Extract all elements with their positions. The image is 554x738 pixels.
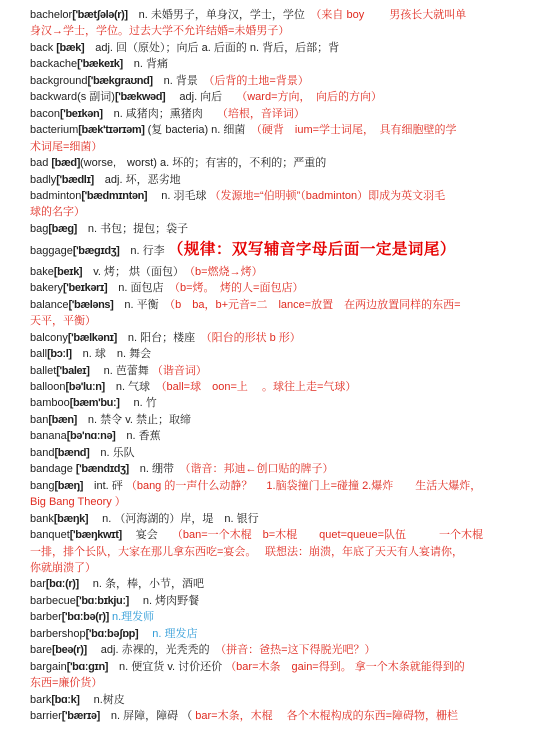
- entry-phonetic: ['beɪkən]: [60, 108, 103, 120]
- entry-phonetic: ['bækeɪk]: [77, 58, 123, 70]
- entry-mnemonic: （b=燃烧→烤）: [190, 266, 263, 278]
- entry-word: badly: [30, 174, 56, 186]
- dictionary-line: band[bænd] n. 乐队: [30, 445, 532, 461]
- entry-definition: (复 bacteria) n. 细菌: [145, 124, 257, 136]
- entry-definition: n. 面包店: [107, 282, 174, 294]
- entry-definition: n. 羽毛球: [147, 190, 209, 202]
- dictionary-line: barbecue['bɑːbɪkjuː] n. 烤肉野餐: [30, 593, 532, 609]
- entry-phonetic: ['bændɪdʒ]: [76, 463, 129, 475]
- entry-definition: n. 禁令 v. 禁止；取缔: [77, 414, 191, 426]
- entry-definition: int. 砰: [83, 480, 126, 492]
- dictionary-line: Big Bang Theory ）: [30, 494, 532, 510]
- dictionary-line: 术词尾=细菌）: [30, 139, 532, 155]
- entry-mnemonic: （ban=一个木棍 b=木棍 quet=queue=队伍 一个木棍: [172, 529, 483, 541]
- entry-word: bargain: [30, 661, 67, 673]
- entry-definition: n. 行李: [119, 245, 175, 257]
- dictionary-line: backache['bækeɪk] n. 背痛: [30, 56, 532, 72]
- entry-mnemonic: （bang 的一声什么动静？ 1.脑袋撞门上=碰撞 2.爆炸 生活大爆炸，: [126, 480, 481, 492]
- entry-word: balcony: [30, 332, 68, 344]
- entry-definition: n. 条，棒，小节，酒吧: [79, 578, 204, 590]
- dictionary-line: bakery['beɪkərɪ] n. 面包店 （b=烤。 烤的人=面包店）: [30, 280, 532, 296]
- entry-phonetic: [bæm'buː]: [70, 397, 120, 409]
- entry-phonetic: ['bædmɪntən]: [81, 190, 147, 202]
- entry-definition: v. 烤； 烘（面包）: [82, 266, 189, 278]
- entry-mnemonic: 你就崩溃了）: [30, 562, 96, 574]
- entry-phonetic: ['bækgraʊnd]: [88, 75, 153, 87]
- entry-mnemonic: 一排，排个长队，大家在那儿拿东西吃=宴会。 联想法：崩溃，年底了天天有人宴请你，: [30, 546, 463, 558]
- entry-phonetic: [beə(r)]: [52, 644, 87, 656]
- entry-definition: n. 绷带: [129, 463, 185, 475]
- entry-definition: n. 烤肉野餐: [129, 595, 199, 607]
- entry-definition: adj. 坏，恶劣地: [94, 174, 181, 186]
- entry-word: bang: [30, 480, 54, 492]
- dictionary-line: balcony['bælkənɪ] n. 阳台；楼座 （阳台的形状 b 形）: [30, 330, 532, 346]
- dictionary-line: bad [bæd](worse, worst) a. 坏的；有害的，不利的；严重…: [30, 155, 532, 171]
- dictionary-line: bachelor['bætʃələ(r)] n. 未婚男子，单身汉，学士，学位 …: [30, 7, 532, 23]
- entry-phonetic: [bɔːl]: [47, 348, 71, 360]
- entry-phonetic: ['bæŋkwɪt]: [70, 529, 122, 541]
- dictionary-line: 你就崩溃了）: [30, 560, 532, 576]
- entry-word: bar: [30, 578, 46, 590]
- entry-definition: n. 气球: [105, 381, 161, 393]
- dictionary-line: baggage['bægɪdʒ] n. 行李 （规律：双写辅音字母后面一定是词尾…: [30, 242, 532, 259]
- dictionary-line: banquet['bæŋkwɪt] 宴会 （ban=一个木棍 b=木棍 quet…: [30, 527, 532, 543]
- entry-word: barrier: [30, 710, 62, 722]
- entry-phonetic: ['bɑːbəʃɒp]: [86, 628, 139, 640]
- entry-definition-blue: n.理发师: [109, 611, 154, 623]
- entry-word: bag: [30, 223, 48, 235]
- dictionary-line: 球的名字）: [30, 204, 532, 220]
- entry-word: bank: [30, 513, 54, 525]
- entry-word: bandage: [30, 463, 76, 475]
- entry-definition: n. 乐队: [89, 447, 134, 459]
- entry-word: background: [30, 75, 88, 87]
- dictionary-line: bargain['bɑːgɪn] n. 便宜货 v. 讨价还价 （bar=木条 …: [30, 659, 532, 675]
- rule-highlight: （规律：双写辅音字母后面一定是词尾）: [176, 241, 456, 258]
- entry-definition: n. 背景: [153, 75, 209, 87]
- dictionary-line: back [bæk] adj. 回（原处）；向后 a. 后面的 n. 背后，后部…: [30, 40, 532, 56]
- entry-definition: n. 背痛: [123, 58, 168, 70]
- entry-mnemonic: （b ba，b+元音=二 lance=放置 在两边放置同样的东西=: [170, 299, 461, 311]
- entry-phonetic: ['bætʃələ(r)]: [72, 9, 127, 21]
- entry-mnemonic: 天平，平衡）: [30, 315, 96, 327]
- dictionary-line: bamboo[bæm'buː] n. 竹: [30, 395, 532, 411]
- dictionary-line: backward(s 副词)['bækwəd] adj. 向后 （ward=方向…: [30, 89, 532, 105]
- dictionary-line: bare[beə(r)] adj. 赤裸的，光秃秃的 （拼音：爸热=这下得脱光吧…: [30, 642, 532, 658]
- entry-phonetic: ['bæləns]: [69, 299, 114, 311]
- vocabulary-document-page: bachelor['bætʃələ(r)] n. 未婚男子，单身汉，学士，学位 …: [0, 0, 554, 738]
- entry-word: baggage: [30, 245, 73, 257]
- entry-definition: n.树皮: [80, 694, 125, 706]
- entry-definition: n. 竹: [120, 397, 157, 409]
- entry-mnemonic: bar=木条，木棍 各个木棍构成的东西=障碍物，栅栏: [195, 710, 458, 722]
- entry-word: barber: [30, 611, 62, 623]
- entry-word: backache: [30, 58, 77, 70]
- entry-definition: n. 书包；提包；袋子: [77, 223, 188, 235]
- entry-definition: n. 香蕉: [115, 430, 160, 442]
- entry-word: bad: [30, 157, 51, 169]
- dictionary-line: ban[bæn] n. 禁令 v. 禁止；取缔: [30, 412, 532, 428]
- entry-phonetic: [bænd]: [54, 447, 89, 459]
- entry-word: bachelor: [30, 9, 72, 21]
- entry-definition: n. 未婚男子，单身汉，学士，学位: [128, 9, 316, 21]
- entry-phonetic: ['bɑːgɪn]: [67, 661, 108, 673]
- entry-phonetic: ['bægɪdʒ]: [73, 245, 120, 257]
- entry-phonetic: ['bærɪə]: [62, 710, 100, 722]
- entry-word: barbershop: [30, 628, 86, 640]
- entry-word: ballet: [30, 365, 56, 377]
- entry-phonetic: ['bælkənɪ]: [68, 332, 117, 344]
- entry-definition: n. 便宜货 v. 讨价还价: [108, 661, 225, 673]
- entry-mnemonic: （硬背 ium=学士词尾， 具有细胞壁的学: [256, 124, 456, 136]
- entry-definition: n. 球 n. 舞会: [72, 348, 151, 360]
- dictionary-line: barber['bɑːbə(r)] n.理发师: [30, 609, 532, 625]
- entry-phonetic: ['bɑːbɪkjuː]: [76, 595, 129, 607]
- dictionary-line: bag[bæg] n. 书包；提包；袋子: [30, 221, 532, 237]
- entry-phonetic: [bɑː(r)]: [46, 578, 79, 590]
- entry-definition: 宴会: [122, 529, 172, 541]
- dictionary-line: balloon[bə'luːn] n. 气球 （ball=球 oon=上 。球往…: [30, 379, 532, 395]
- entry-phonetic: [bæd]: [51, 157, 80, 169]
- entry-word: back: [30, 42, 56, 54]
- entry-mnemonic: （拼音：爸热=这下得脱光吧？）: [221, 644, 376, 656]
- entry-phonetic: [bæŋk]: [54, 513, 88, 525]
- entry-mnemonic: （发源地=“伯明顿”（badminton）即成为英文羽毛: [210, 190, 446, 202]
- entry-mnemonic: Big Bang Theory ）: [30, 496, 126, 508]
- entry-mnemonic: 术词尾=细菌）: [30, 141, 102, 153]
- dictionary-line: bacterium[bæk'tɪərɪəm] (复 bacteria) n. 细…: [30, 122, 532, 138]
- entry-mnemonic: （ward=方向， 向后的方向）: [236, 91, 382, 103]
- entry-word: bark: [30, 694, 51, 706]
- dictionary-line: bake[beɪk] v. 烤； 烘（面包） （b=燃烧→烤）: [30, 264, 532, 280]
- entry-word: bacterium: [30, 124, 78, 136]
- entry-mnemonic: 球的名字）: [30, 206, 85, 218]
- entry-word: bakery: [30, 282, 63, 294]
- entry-phonetic: [bɑːk]: [51, 694, 79, 706]
- entry-phonetic: ['baleɪ]: [56, 365, 89, 377]
- dictionary-line: bandage ['bændɪdʒ] n. 绷带 （谐音：邦迪←创口贴的牌子）: [30, 461, 532, 477]
- entry-mnemonic: （谐音词）: [152, 365, 207, 377]
- entry-word: bake: [30, 266, 54, 278]
- entry-mnemonic: （谐音：邦迪←创口贴的牌子）: [185, 463, 334, 475]
- dictionary-line: ball[bɔːl] n. 球 n. 舞会: [30, 346, 532, 362]
- entry-definition: adj. 回（原处）；向后 a. 后面的 n. 背后，后部；背: [84, 42, 339, 54]
- entry-word: banana: [30, 430, 67, 442]
- entry-definition: n. （河海湖的）岸，堤 n. 银行: [88, 513, 259, 525]
- entry-word: bamboo: [30, 397, 70, 409]
- entry-word: balance: [30, 299, 69, 311]
- entry-definition: n. 芭蕾舞: [90, 365, 152, 377]
- entry-definition: adj. 赤裸的，光秃秃的: [87, 644, 221, 656]
- dictionary-line: ballet['baleɪ] n. 芭蕾舞 （谐音词）: [30, 363, 532, 379]
- dictionary-line: 东西=廉价货）: [30, 675, 532, 691]
- entry-definition: adj. 向后: [165, 91, 236, 103]
- dictionary-line: 一排，排个长队，大家在那儿拿东西吃=宴会。 联想法：崩溃，年底了天天有人宴请你，: [30, 544, 532, 560]
- dictionary-line: 身汉→学士，学位。过去大学不允许结婚=未婚男子）: [30, 23, 532, 39]
- dictionary-line: bacon['beɪkən] n. 咸猪肉；熏猪肉 （培根，音译词）: [30, 106, 532, 122]
- entry-phonetic: [bæŋ]: [54, 480, 83, 492]
- entry-mnemonic: （bar=木条 gain=得到。 拿一个木条就能得到的: [225, 661, 465, 673]
- dictionary-line: background['bækgraʊnd] n. 背景 （后背的土地=背景）: [30, 73, 532, 89]
- entry-phonetic: ['bædlɪ]: [56, 174, 93, 186]
- dictionary-line: badminton['bædmɪntən] n. 羽毛球 （发源地=“伯明顿”（…: [30, 188, 532, 204]
- entry-word: backward(s 副词): [30, 91, 115, 103]
- entry-phonetic: [bə'nɑːnə]: [67, 430, 116, 442]
- entry-phonetic: ['bɑːbə(r)]: [62, 611, 109, 623]
- entry-definition: n. 阳台；楼座: [117, 332, 206, 344]
- entry-phonetic: [bæk'tɪərɪəm]: [78, 124, 144, 136]
- entry-word: ban: [30, 414, 48, 426]
- entry-phonetic: ['bækwəd]: [115, 91, 165, 103]
- dictionary-line: bar[bɑː(r)] n. 条，棒，小节，酒吧: [30, 576, 532, 592]
- entry-mnemonic: 身汉→学士，学位。过去大学不允许结婚=未婚男子）: [30, 25, 289, 37]
- document-body: bachelor['bætʃələ(r)] n. 未婚男子，单身汉，学士，学位 …: [30, 7, 532, 724]
- entry-word: bare: [30, 644, 52, 656]
- dictionary-line: bark[bɑːk] n.树皮: [30, 692, 532, 708]
- entry-word: banquet: [30, 529, 70, 541]
- entry-mnemonic: （培根，音译词）: [217, 108, 305, 120]
- entry-word: band: [30, 447, 54, 459]
- entry-word: badminton: [30, 190, 81, 202]
- entry-word: balloon: [30, 381, 65, 393]
- entry-phonetic: [bæg]: [48, 223, 77, 235]
- dictionary-line: barbershop['bɑːbəʃɒp] n. 理发店: [30, 626, 532, 642]
- entry-word: bacon: [30, 108, 60, 120]
- dictionary-line: badly['bædlɪ] adj. 坏，恶劣地: [30, 172, 532, 188]
- entry-mnemonic: （来自 boy 男孩长大就叫单: [316, 9, 466, 21]
- entry-mnemonic: （ball=球 oon=上 。球往上走=气球）: [161, 381, 356, 393]
- entry-definition-blue: n. 理发店: [138, 628, 197, 640]
- dictionary-line: balance['bæləns] n. 平衡 （b ba，b+元音=二 lanc…: [30, 297, 532, 313]
- entry-phonetic: ['beɪkərɪ]: [63, 282, 107, 294]
- entry-definition: n. 咸猪肉；熏猪肉: [103, 108, 217, 120]
- dictionary-line: barrier['bærɪə] n. 屏障，障碍 （ bar=木条，木棍 各个木…: [30, 708, 532, 724]
- dictionary-line: bang[bæŋ] int. 砰 （bang 的一声什么动静？ 1.脑袋撞门上=…: [30, 478, 532, 494]
- entry-phonetic: [bæk]: [56, 42, 84, 54]
- entry-mnemonic: 东西=廉价货）: [30, 677, 102, 689]
- entry-word: ball: [30, 348, 47, 360]
- entry-definition: n. 平衡: [113, 299, 169, 311]
- entry-mnemonic: （b=烤。 烤的人=面包店）: [174, 282, 303, 294]
- dictionary-line: bank[bæŋk] n. （河海湖的）岸，堤 n. 银行: [30, 511, 532, 527]
- dictionary-line: banana[bə'nɑːnə] n. 香蕉: [30, 428, 532, 444]
- entry-word: barbecue: [30, 595, 76, 607]
- entry-mnemonic: （阳台的形状 b 形）: [206, 332, 301, 344]
- entry-mnemonic: （后背的土地=背景）: [209, 75, 309, 87]
- entry-definition: (worse, worst) a. 坏的；有害的，不利的；严重的: [80, 157, 326, 169]
- entry-phonetic: [beɪk]: [54, 266, 82, 278]
- entry-phonetic: [bə'luːn]: [65, 381, 104, 393]
- entry-phonetic: [bæn]: [48, 414, 77, 426]
- entry-definition: n. 屏障，障碍 （: [100, 710, 195, 722]
- dictionary-line: 天平，平衡）: [30, 313, 532, 329]
